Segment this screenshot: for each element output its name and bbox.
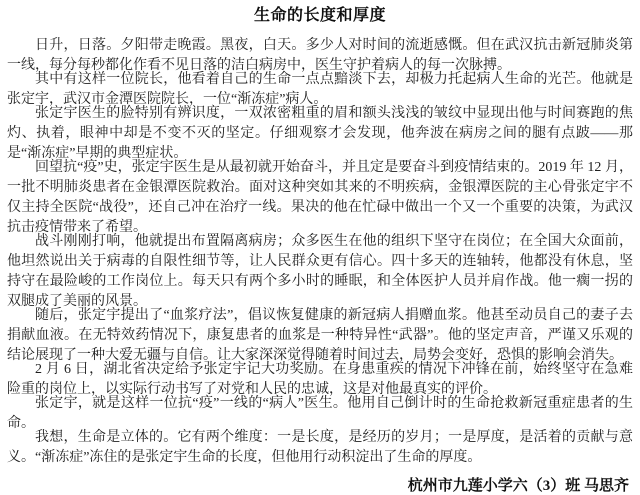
paragraph-appearance: 张定宇医生的脸特别有辨识度，一双浓密粗重的眉和额头浅浅的皱纹中显现出他与时间赛跑…: [7, 104, 633, 164]
author-signature: 杭州市九莲小学六（3）班 马思齐: [7, 476, 633, 495]
page-title: 生命的长度和厚度: [7, 5, 633, 25]
essay-document: 生命的长度和厚度 日升，日落。夕阳带走晚霞。黑夜，白天。多少人对时间的流逝感慨。…: [0, 0, 640, 495]
paragraph-battle: 战斗刚刚打响，他就提出布置隔离病房；众多医生在他的组织下坚守在岗位；在全国大众面…: [7, 232, 633, 312]
paragraph-plasma-therapy: 随后，张定宇提出了“血浆疗法”，倡议恢复健康的新冠病人捐赠血浆。他甚至动员自己的…: [7, 306, 633, 366]
paragraph-conclusion: 我想，生命是立体的。它有两个维度：一是长度，是经历的岁月；一是厚度，是活着的贡献…: [7, 428, 633, 468]
paragraph-epidemic-history: 回望抗“疫”史，张定宇医生是从最初就开始奋斗，并且定是要奋斗到疫情结束的。201…: [7, 158, 633, 238]
